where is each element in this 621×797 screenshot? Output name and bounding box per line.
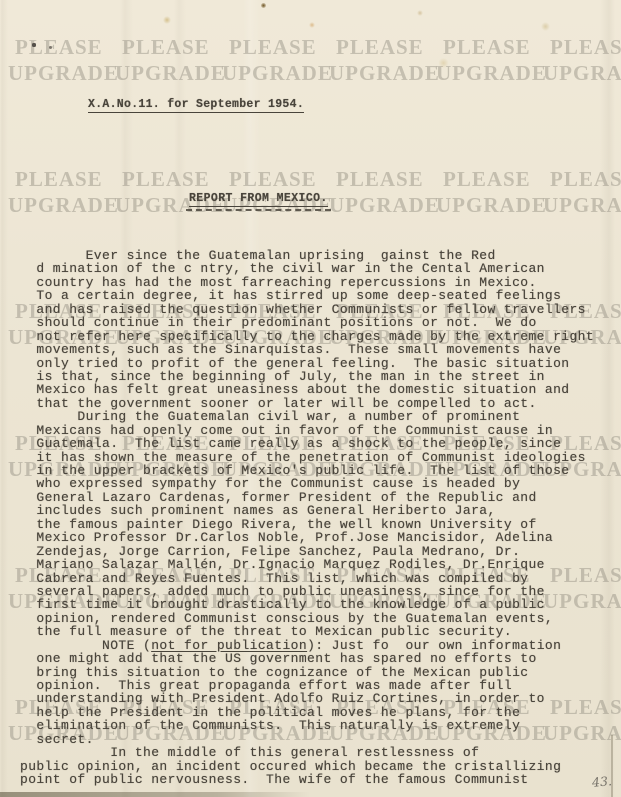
body-line: several papers, added much to public une… bbox=[20, 585, 610, 598]
report-title: REPORT FROM MEXICO. bbox=[189, 192, 328, 207]
body-line: To a certain degree, it has stirred up s… bbox=[20, 289, 610, 302]
foxing-stain bbox=[163, 16, 171, 24]
body-line: public opinion, an incident occured whic… bbox=[20, 760, 610, 773]
foxing-stain bbox=[309, 22, 315, 28]
body-line: d mination of the c ntry, the civil war … bbox=[20, 262, 610, 275]
body-line: first time it brought drastically to the… bbox=[20, 598, 610, 611]
body-line: that the government sooner or later will… bbox=[20, 397, 610, 410]
body-line: secret. bbox=[20, 733, 610, 746]
body-line: Ever since the Guatemalan uprising gains… bbox=[20, 249, 610, 262]
body-line: bring this situation to the cognizance o… bbox=[20, 666, 610, 679]
watermark-text: UPGRADEUPGRADEUPGRADEUPGRADEUPGRADEUPGRA… bbox=[8, 62, 621, 84]
body-line: the famous painter Diego Rivera, the wel… bbox=[20, 518, 610, 531]
report-title-block: REPORT FROM MEXICO. bbox=[189, 188, 328, 211]
title-underline-dashes bbox=[186, 209, 331, 211]
foxing-stain bbox=[541, 22, 550, 31]
body-line: point of public nervousness. The wife of… bbox=[20, 773, 610, 786]
scanned-document-page: PLEASEPLEASEPLEASEPLEASEPLEASEPLEASEUPGR… bbox=[0, 0, 621, 797]
body-line: not refer here specifically to the charg… bbox=[20, 330, 610, 343]
body-line: Mexicans had openly come out in favor of… bbox=[20, 424, 610, 437]
body-line: Mexico has felt great uneasiness about t… bbox=[20, 383, 610, 396]
body-line: in the upper brackets of Mexico's public… bbox=[20, 464, 610, 477]
foxing-stain bbox=[438, 58, 449, 68]
body-line: Mariano Salazar Mallén, Dr.Ignacio Marqu… bbox=[20, 558, 610, 571]
body-line: understanding with President Adolfo Ruiz… bbox=[20, 692, 610, 705]
body-line: Guatemala. The list came really as a sho… bbox=[20, 437, 610, 450]
body-line: Zendejas, Jorge Carrion, Felipe Sanchez,… bbox=[20, 545, 610, 558]
body-line: opinion. This great propaganda effort wa… bbox=[20, 679, 610, 692]
body-line: should continue in their predominant pos… bbox=[20, 316, 610, 329]
body-line: Cabrera and Reyes Fuentes. This list, wh… bbox=[20, 572, 610, 585]
body-line: opinion, rendered Communist conscious by… bbox=[20, 612, 610, 625]
pencil-mark bbox=[49, 46, 52, 49]
pencil-mark bbox=[32, 43, 36, 47]
foxing-stain bbox=[417, 10, 423, 16]
body-line: who expressed sympathy for the Communist… bbox=[20, 477, 610, 490]
body-line: elimination of the Communists. This natu… bbox=[20, 719, 610, 732]
body-line: help the President in the political move… bbox=[20, 706, 610, 719]
body-line: only tried to profit of the general feel… bbox=[20, 357, 610, 370]
watermark-text: PLEASEPLEASEPLEASEPLEASEPLEASEPLEASE bbox=[15, 36, 621, 58]
scan-edge-bottom bbox=[0, 792, 310, 797]
body-line: General Lazaro Cardenas, former Presiden… bbox=[20, 491, 610, 504]
body-line: includes such prominent names as General… bbox=[20, 504, 610, 517]
body-line: one might add that the US government has… bbox=[20, 652, 610, 665]
body-line: In the middle of this general restlessne… bbox=[20, 746, 610, 759]
body-line: country has had the most farreaching rep… bbox=[20, 276, 610, 289]
document-body: Ever since the Guatemalan uprising gains… bbox=[20, 249, 610, 787]
body-line: movements, such as the Sinarquistas. The… bbox=[20, 343, 610, 356]
body-line: During the Guatemalan civil war, a numbe… bbox=[20, 410, 610, 423]
body-line: Mexico Professor Dr.Carlos Noble, Prof.J… bbox=[20, 531, 610, 544]
watermark-text: PLEASEPLEASEPLEASEPLEASEPLEASEPLEASE bbox=[15, 168, 621, 190]
body-line: the full measure of the threat to Mexica… bbox=[20, 625, 610, 638]
scan-edge-right bbox=[611, 735, 613, 797]
foxing-stain bbox=[261, 3, 266, 8]
body-line: and has raised the question whether Comm… bbox=[20, 303, 610, 316]
document-reference: X.A.No.11. for September 1954. bbox=[88, 98, 304, 113]
body-line: NOTE (not for publication): Just fo our … bbox=[20, 639, 610, 652]
body-line: it has shown the measure of the penetrat… bbox=[20, 451, 610, 464]
body-line: is that, since the beginning of July, th… bbox=[20, 370, 610, 383]
handwritten-page-number: 43. bbox=[591, 773, 612, 790]
